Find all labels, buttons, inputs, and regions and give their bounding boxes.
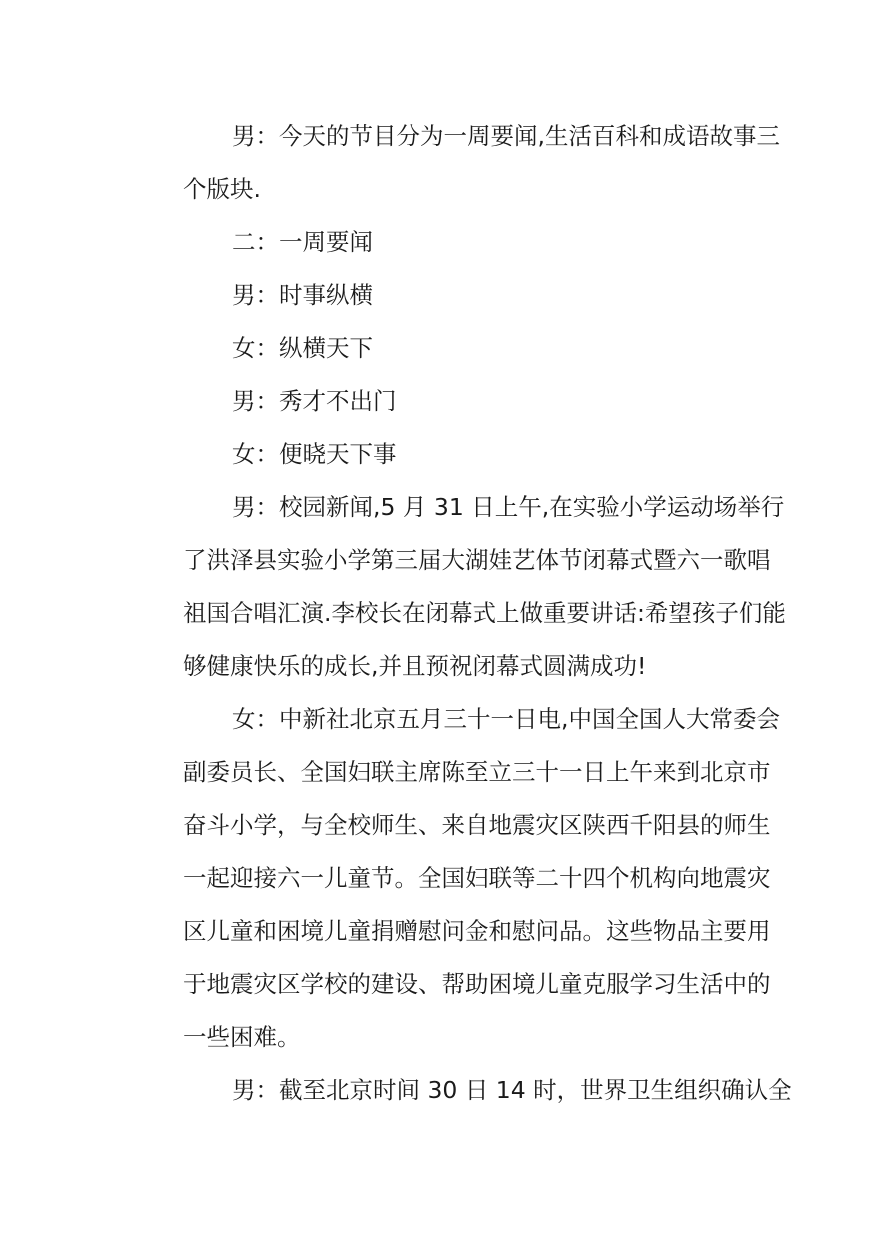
paragraph-section-heading: 二：一周要闻	[134, 216, 752, 269]
text-line: 祖国合唱汇演.李校长在闭幕式上做重要讲话:希望孩子们能	[134, 587, 752, 640]
text-line: 男：秀才不出门	[134, 375, 752, 428]
paragraph-national-news: 女：中新社北京五月三十一日电,中国全国人大常委会 副委员长、全国妇联主席陈至立三…	[134, 693, 752, 1064]
text-line: 男：时事纵横	[134, 269, 752, 322]
paragraph-dialogue: 男：时事纵横	[134, 269, 752, 322]
text-line: 于地震灾区学校的建设、帮助困境儿童克服学习生活中的	[134, 958, 752, 1011]
text-line: 二：一周要闻	[134, 216, 752, 269]
text-line: 区儿童和困境儿童捐赠慰问金和慰问品。这些物品主要用	[134, 905, 752, 958]
paragraph-campus-news: 男：校园新闻,5 月 31 日上午,在实验小学运动场举行 了洪泽县实验小学第三届…	[134, 481, 752, 693]
document-page: 男：今天的节目分为一周要闻,生活百科和成语故事三 个版块. 二：一周要闻 男：时…	[134, 110, 752, 1117]
text-line: 一起迎接六一儿童节。全国妇联等二十四个机构向地震灾	[134, 852, 752, 905]
text-line: 女：便晓天下事	[134, 428, 752, 481]
text-line: 女：纵横天下	[134, 322, 752, 375]
text-line: 副委员长、全国妇联主席陈至立三十一日上午来到北京市	[134, 746, 752, 799]
text-line: 男：校园新闻,5 月 31 日上午,在实验小学运动场举行	[134, 481, 752, 534]
paragraph-dialogue: 女：纵横天下	[134, 322, 752, 375]
text-line: 个版块.	[134, 163, 752, 216]
paragraph-dialogue: 女：便晓天下事	[134, 428, 752, 481]
paragraph-program-intro: 男：今天的节目分为一周要闻,生活百科和成语故事三 个版块.	[134, 110, 752, 216]
text-line: 够健康快乐的成长,并且预祝闭幕式圆满成功!	[134, 640, 752, 693]
text-line: 奋斗小学，与全校师生、来自地震灾区陕西千阳县的师生	[134, 799, 752, 852]
text-line: 男：截至北京时间 30 日 14 时，世界卫生组织确认全	[134, 1064, 752, 1117]
text-line: 男：今天的节目分为一周要闻,生活百科和成语故事三	[134, 110, 752, 163]
text-line: 了洪泽县实验小学第三届大湖娃艺体节闭幕式暨六一歌唱	[134, 534, 752, 587]
paragraph-dialogue: 男：秀才不出门	[134, 375, 752, 428]
paragraph-world-news: 男：截至北京时间 30 日 14 时，世界卫生组织确认全	[134, 1064, 752, 1117]
text-line: 女：中新社北京五月三十一日电,中国全国人大常委会	[134, 693, 752, 746]
text-line: 一些困难。	[134, 1011, 752, 1064]
